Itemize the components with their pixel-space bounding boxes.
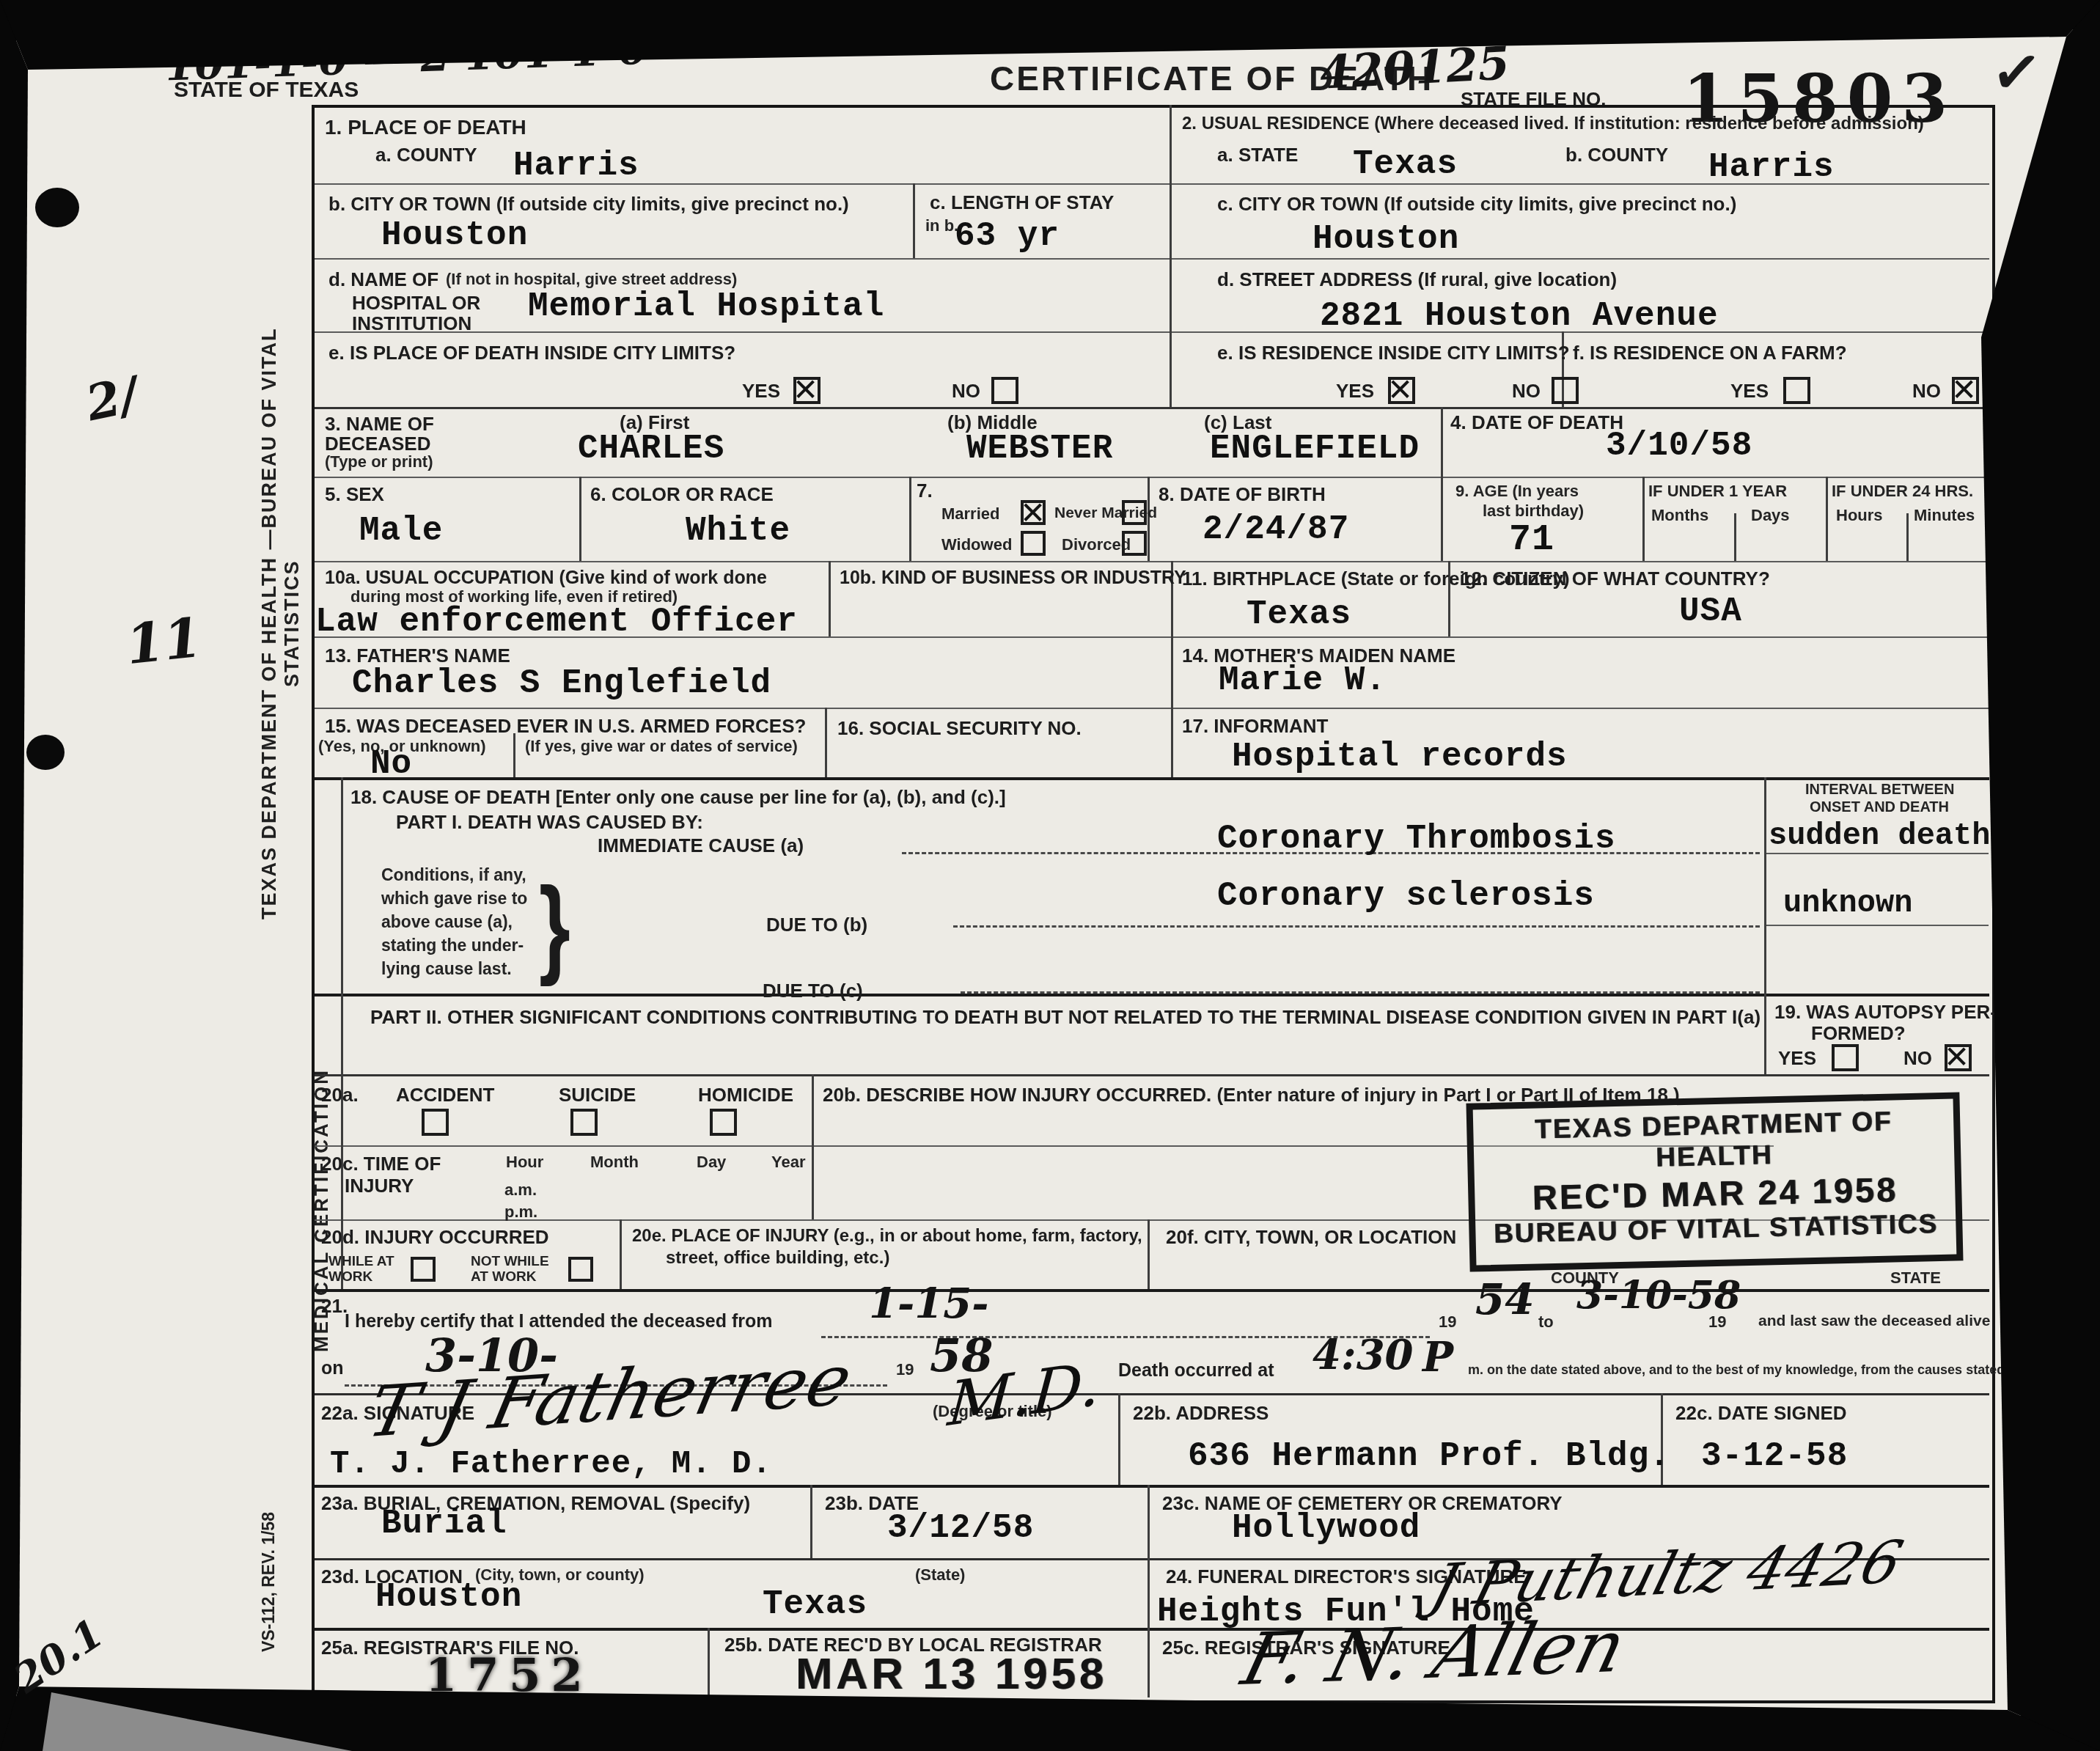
- field-21-ampm-hand: P: [1422, 1333, 1453, 1381]
- field-2e-no-checkbox: [1552, 377, 1579, 404]
- field-20c-am-label: a.m.: [504, 1181, 537, 1200]
- field-19-no-label: NO: [1903, 1047, 1932, 1070]
- hline: [315, 407, 1989, 409]
- hline: [315, 708, 1989, 709]
- field-25b-stamped-date: MAR 13 1958: [796, 1648, 1107, 1699]
- field-20d-label: 20d. INJURY OCCURRED: [321, 1226, 549, 1249]
- field-1a-label: a. COUNTY: [375, 144, 477, 166]
- field-21-text1: I hereby certify that I attended the dec…: [345, 1311, 773, 1332]
- hole-punch-blob: [35, 188, 79, 227]
- field-1d-value: Memorial Hospital: [528, 287, 884, 326]
- field-20a-num: 20a.: [321, 1084, 359, 1106]
- field-23d-value2: Texas: [763, 1585, 867, 1623]
- field-22c-label: 22c. DATE SIGNED: [1675, 1402, 1847, 1425]
- field-6-value: White: [686, 512, 790, 550]
- field-10a-label: 10a. USUAL OCCUPATION (Give kind of work…: [325, 568, 767, 589]
- interval-header-2: ONSET AND DEATH: [1810, 799, 1949, 816]
- field-9-minutes-label: Minutes: [1914, 506, 1975, 525]
- conditions-brace: }: [539, 864, 570, 989]
- received-stamp-line1: TEXAS DEPARTMENT OF HEALTH: [1473, 1105, 1955, 1178]
- vline: [1148, 1485, 1150, 1558]
- field-7-widowed-checkbox: [1021, 531, 1046, 556]
- vertical-form-number: VS-112, REV. 1/58: [259, 1488, 279, 1675]
- hline: [315, 1485, 1989, 1488]
- field-21-19-a: 19: [1439, 1313, 1456, 1332]
- vline: [812, 1074, 814, 1219]
- field-19-label1: 19. WAS AUTOPSY PER-: [1774, 1001, 1997, 1024]
- field-2e-label: e. IS RESIDENCE INSIDE CITY LIMITS?: [1217, 342, 1570, 364]
- field-20e-label1: 20e. PLACE OF INJURY (e.g., in or about …: [632, 1226, 1142, 1247]
- hline: [315, 331, 1989, 333]
- field-19-no-checkbox: [1945, 1044, 1972, 1071]
- field-2f-yes-checkbox: [1783, 377, 1810, 404]
- field-7-married-label: Married: [941, 504, 999, 524]
- field-1c-sublabel: in b.: [925, 216, 958, 235]
- field-19-label2: FORMED?: [1811, 1022, 1906, 1045]
- field-21-19-c: 19: [896, 1360, 914, 1379]
- field-1b-label: b. CITY OR TOWN (If outside city limits,…: [328, 193, 849, 216]
- field-12-label: 12. CITIZEN OF WHAT COUNTRY?: [1461, 568, 1770, 590]
- field-21-text4: m. on the date stated above, and to the …: [1468, 1362, 2008, 1378]
- field-18-immediate-cause-label: IMMEDIATE CAUSE (a): [598, 834, 804, 857]
- vline: [708, 1628, 710, 1697]
- field-2-heading: 2. USUAL RESIDENCE (Where deceased lived…: [1182, 114, 1924, 134]
- vline: [829, 561, 831, 636]
- field-20f-state-label: STATE: [1890, 1269, 1941, 1288]
- field-3-head3: (Type or print): [325, 452, 433, 471]
- field-2b-label: b. COUNTY: [1565, 144, 1668, 166]
- field-10a-value: Law enforcement Officer: [315, 603, 798, 641]
- field-4-value: 3/10/58: [1606, 427, 1752, 465]
- field-1e-no-label: NO: [952, 380, 980, 403]
- field-23a-value: Burial: [381, 1505, 507, 1543]
- field-18-heading: 18. CAUSE OF DEATH [Enter only one cause…: [350, 786, 1006, 809]
- field-9-label2: last birthday): [1483, 502, 1584, 521]
- field-18-conditions-2: which gave rise to: [381, 889, 527, 908]
- field-8-label: 8. DATE OF BIRTH: [1159, 483, 1326, 506]
- hline: [315, 1074, 1989, 1076]
- field-2f-yes-label: YES: [1730, 380, 1769, 403]
- field-3-last-value: ENGLEFIELD: [1210, 430, 1420, 468]
- vline: [579, 477, 581, 561]
- field-20c-label1: 20c. TIME OF: [321, 1153, 441, 1175]
- field-21-year1-hand: 54: [1475, 1274, 1535, 1324]
- vline: [1171, 708, 1173, 777]
- field-22a-typed-name: T. J. Fatherree, M. D.: [330, 1446, 772, 1483]
- field-2b-value: Harris: [1708, 148, 1835, 186]
- field-1b-value: Houston: [381, 216, 528, 254]
- field-20c-month-label: Month: [590, 1153, 639, 1172]
- vline: [341, 777, 343, 1289]
- field-9-days-label: Days: [1751, 506, 1790, 525]
- field-7-widowed-label: Widowed: [941, 535, 1012, 554]
- field-2e-yes-checkbox: [1388, 377, 1415, 404]
- field-18-conditions-4: stating the under-: [381, 936, 524, 955]
- hline: [315, 561, 1989, 562]
- field-23d-sub2: (State): [915, 1565, 965, 1585]
- vline: [1148, 1558, 1150, 1628]
- field-20d-notwhile-label2: AT WORK: [471, 1269, 536, 1285]
- field-7-never-married-checkbox: [1122, 500, 1147, 525]
- field-20c-label2: INJURY: [345, 1175, 414, 1197]
- field-17-label: 17. INFORMANT: [1182, 715, 1328, 738]
- checkmark-icon: ✓: [1988, 36, 2045, 111]
- field-9-under-24hrs-label: IF UNDER 24 HRS.: [1832, 482, 1973, 501]
- field-2e-no-label: NO: [1512, 380, 1541, 403]
- field-20d-while-label2: WORK: [328, 1269, 372, 1285]
- vline: [1148, 1628, 1150, 1697]
- field-20f-label: 20f. CITY, TOWN, OR LOCATION: [1166, 1226, 1456, 1249]
- hline: [1764, 925, 1989, 926]
- vline: [1170, 105, 1172, 407]
- field-13-value: Charles S Englefield: [352, 664, 771, 702]
- field-2f-label: f. IS RESIDENCE ON A FARM?: [1573, 342, 1847, 364]
- field-7-divorced-label: Divorced: [1062, 535, 1131, 554]
- field-9-value: 71: [1509, 519, 1554, 561]
- pencil-note-mid: 11: [123, 606, 205, 677]
- field-2a-value: Texas: [1353, 145, 1458, 183]
- vline: [1642, 477, 1645, 561]
- received-stamp: TEXAS DEPARTMENT OF HEALTH REC'D MAR 24 …: [1466, 1092, 1963, 1271]
- field-7-num: 7.: [917, 480, 933, 502]
- field-1d-label2: HOSPITAL OR: [352, 292, 480, 315]
- vline: [1148, 1219, 1150, 1289]
- field-23b-value: 3/12/58: [887, 1509, 1034, 1547]
- field-1-heading: 1. PLACE OF DEATH: [325, 116, 526, 139]
- field-9-label: 9. AGE (In years: [1455, 482, 1579, 501]
- registrar-signature-script: F. N. Allen: [1234, 1605, 1634, 1702]
- field-20a-homicide-label: HOMICIDE: [698, 1084, 793, 1106]
- field-2a-label: a. STATE: [1217, 144, 1298, 166]
- field-21-to-label: to: [1538, 1313, 1554, 1332]
- hline: [315, 258, 1989, 260]
- field-7-married-checkbox: [1021, 500, 1046, 525]
- vline: [1734, 513, 1736, 561]
- vline: [810, 1485, 812, 1558]
- vline: [1906, 513, 1909, 561]
- field-11-value: Texas: [1247, 595, 1351, 634]
- field-1c-label: c. LENGTH OF STAY: [930, 191, 1114, 214]
- vline: [1118, 1393, 1120, 1485]
- field-18-due-to-c-label: DUE TO (c): [763, 980, 863, 1002]
- vline: [1171, 636, 1173, 708]
- field-20c-year-label: Year: [771, 1153, 806, 1172]
- vline: [909, 477, 911, 561]
- field-9-under-1yr-label: IF UNDER 1 YEAR: [1648, 482, 1787, 501]
- field-20c-hour-label: Hour: [506, 1153, 543, 1172]
- field-20a-accident-label: ACCIDENT: [396, 1084, 494, 1106]
- field-2f-no-checkbox: [1952, 377, 1979, 404]
- interval-a-value: sudden death: [1769, 818, 1990, 854]
- field-15-value: No: [370, 745, 412, 783]
- field-1e-no-checkbox: [991, 377, 1018, 404]
- field-3-middle-value: WEBSTER: [966, 430, 1113, 468]
- field-20e-label2: street, office building, etc.): [666, 1248, 889, 1269]
- field-9-hours-label: Hours: [1836, 506, 1883, 525]
- field-14-value: Marie W.: [1219, 661, 1387, 700]
- hline: [315, 477, 1989, 478]
- field-21-text2: and last saw the deceased alive: [1758, 1313, 1990, 1330]
- field-1d-paren: (If not in hospital, give street address…: [446, 270, 737, 289]
- field-20a-suicide-checkbox: [570, 1109, 598, 1136]
- field-18-conditions-1: Conditions, if any,: [381, 865, 526, 885]
- field-1c-value: 63 yr: [955, 217, 1060, 255]
- field-18-conditions-5: lying cause last.: [381, 959, 512, 979]
- field-5-label: 5. SEX: [325, 483, 384, 506]
- field-23d-value1: Houston: [375, 1578, 522, 1616]
- field-20c-pm-label: p.m.: [504, 1203, 537, 1222]
- hline: [315, 994, 1989, 996]
- field-18-due-to-b-label: DUE TO (b): [766, 914, 867, 936]
- field-1e-yes-checkbox: [793, 377, 820, 404]
- field-6-label: 6. COLOR OR RACE: [590, 483, 774, 506]
- field-20a-accident-checkbox: [422, 1109, 449, 1136]
- field-20a-suicide-label: SUICIDE: [559, 1084, 636, 1106]
- field-20d-while-checkbox: [411, 1257, 436, 1282]
- vline: [825, 708, 827, 777]
- field-1e-label: e. IS PLACE OF DEATH INSIDE CITY LIMITS?: [328, 342, 735, 364]
- field-22b-label: 22b. ADDRESS: [1133, 1402, 1269, 1425]
- field-4-label: 4. DATE OF DEATH: [1450, 411, 1623, 434]
- field-2c-label: c. CITY OR TOWN (If outside city limits,…: [1217, 193, 1736, 216]
- field-10b-label: 10b. KIND OF BUSINESS OR INDUSTRY: [840, 568, 1186, 589]
- vline: [620, 1219, 622, 1289]
- vline: [513, 733, 515, 777]
- field-16-label: 16. SOCIAL SECURITY NO.: [837, 717, 1082, 740]
- hole-punch-blob: [26, 735, 65, 770]
- hline: [315, 1628, 1989, 1631]
- vline: [1441, 407, 1443, 477]
- field-7-divorced-checkbox: [1122, 531, 1147, 556]
- interval-b-value: unknown: [1783, 886, 1912, 921]
- field-8-value: 2/24/87: [1203, 510, 1349, 548]
- field-5-value: Male: [359, 512, 443, 550]
- field-1d-label3: INSTITUTION: [352, 312, 471, 335]
- field-1d-label: d. NAME OF: [328, 268, 438, 291]
- vline: [1826, 477, 1828, 561]
- field-9-months-label: Months: [1651, 506, 1708, 525]
- field-2e-yes-label: YES: [1336, 380, 1374, 403]
- field-15-label: 15. WAS DECEASED EVER IN U.S. ARMED FORC…: [325, 715, 806, 738]
- field-20d-notwhile-label1: NOT WHILE: [471, 1254, 549, 1270]
- field-18-cause-a-value: Coronary Thrombosis: [1217, 820, 1616, 858]
- field-2f-no-label: NO: [1912, 380, 1941, 403]
- field-15-sub2: (If yes, give war or dates of service): [525, 737, 798, 756]
- field-20d-while-label1: WHILE AT: [328, 1254, 394, 1270]
- field-20d-notwhile-checkbox: [568, 1257, 593, 1282]
- field-21-on-label: on: [321, 1358, 344, 1379]
- vline: [1764, 777, 1766, 1074]
- field-2c-value: Houston: [1312, 220, 1459, 258]
- field-21-time-hand: 4:30: [1312, 1331, 1414, 1379]
- vertical-dept-label: TEXAS DEPARTMENT OF HEALTH —BUREAU OF VI…: [258, 308, 304, 939]
- field-2d-label: d. STREET ADDRESS (If rural, give locati…: [1217, 268, 1617, 291]
- vline: [1441, 477, 1443, 561]
- field-18-conditions-3: above cause (a),: [381, 912, 513, 932]
- field-22c-value: 3-12-58: [1701, 1437, 1848, 1475]
- field-21-to-date-hand: 3-10-58: [1576, 1273, 1741, 1318]
- field-12-value: USA: [1679, 592, 1742, 631]
- field-20a-homicide-checkbox: [710, 1109, 737, 1136]
- field-19-yes-label: YES: [1778, 1047, 1816, 1070]
- field-19-yes-checkbox: [1832, 1044, 1859, 1071]
- field-22b-value: 636 Hermann Prof. Bldg.: [1188, 1437, 1670, 1475]
- field-23c-value: Hollywood: [1232, 1509, 1420, 1547]
- field-2d-value: 2821 Houston Avenue: [1320, 297, 1719, 335]
- interval-header-1: INTERVAL BETWEEN: [1805, 782, 1954, 799]
- field-18-cause-b-value: Coronary sclerosis: [1217, 877, 1595, 915]
- cause-b-rule: [953, 925, 1760, 928]
- scanned-death-certificate: 101-1-0 — 2 101-1-0 STATE OF TEXAS CERTI…: [0, 0, 2100, 1751]
- field-18-part2-label: PART II. OTHER SIGNIFICANT CONDITIONS CO…: [370, 1006, 1761, 1029]
- field-3-first-value: CHARLES: [578, 430, 724, 468]
- state-of-texas-label: STATE OF TEXAS: [174, 78, 359, 103]
- field-1e-yes-label: YES: [742, 380, 780, 403]
- field-21-from-date-hand: 1-15-: [869, 1280, 988, 1328]
- field-17-value: Hospital records: [1232, 738, 1568, 776]
- vline: [913, 183, 915, 258]
- field-21-text3: Death occurred at: [1118, 1360, 1274, 1381]
- field-21-19-b: 19: [1708, 1313, 1726, 1332]
- field-18-part1-label: PART I. DEATH WAS CAUSED BY:: [396, 811, 703, 834]
- hline: [315, 777, 1989, 780]
- field-21-num: 21.: [321, 1295, 348, 1318]
- field-1a-value: Harris: [513, 147, 639, 185]
- field-20c-day-label: Day: [697, 1153, 726, 1172]
